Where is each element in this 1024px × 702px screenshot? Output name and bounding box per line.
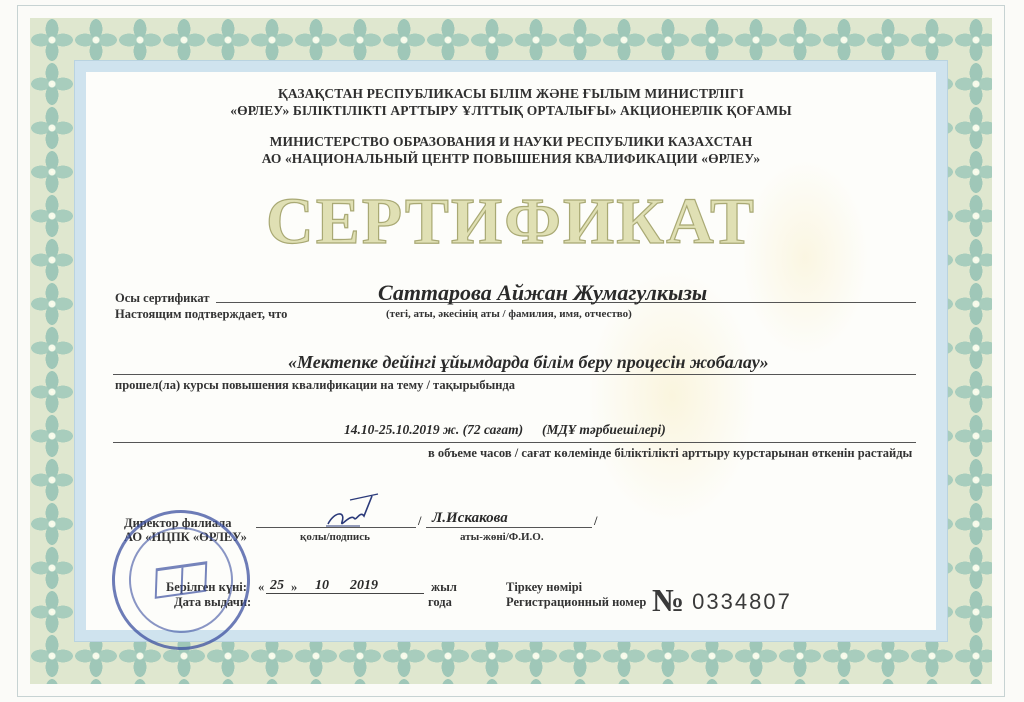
- signer-name-underline: [426, 527, 592, 528]
- header-kz-line1: ҚАЗАҚСТАН РЕСПУБЛИКАСЫ БІЛІМ ЖӘНЕ ҒЫЛЫМ …: [86, 85, 936, 102]
- duration-underline: [113, 442, 916, 443]
- issue-day: 25: [270, 578, 284, 594]
- registration-number: №0334807: [652, 582, 792, 619]
- header-kz-line2: «ӨРЛЕУ» БІЛІКТІЛІКТІ АРТТЫРУ ҰЛТТЫҚ ОРТА…: [86, 102, 936, 119]
- recipient-hint: (тегі, аты, әкесінің аты / фамилия, имя,…: [386, 308, 632, 320]
- certificate: ҚАЗАҚСТАН РЕСПУБЛИКАСЫ БІЛІМ ЖӘНЕ ҒЫЛЫМ …: [0, 0, 1024, 702]
- header-ru-line1: МИНИСТЕРСТВО ОБРАЗОВАНИЯ И НАУКИ РЕСПУБЛ…: [86, 133, 936, 150]
- header-kz: ҚАЗАҚСТАН РЕСПУБЛИКАСЫ БІЛІМ ЖӘНЕ ҒЫЛЫМ …: [86, 85, 936, 119]
- handwritten-signature: [320, 488, 390, 538]
- issue-month: 10: [315, 578, 329, 594]
- open-book-icon: [155, 561, 208, 599]
- recipient-label-ru: Настоящим подтверждает, что: [115, 307, 287, 322]
- certificate-title: СЕРТИФИКАТ: [86, 184, 936, 260]
- course-topic: «Мектепке дейінгі ұйымдарда білім беру п…: [288, 352, 769, 373]
- year-label-ru: года: [428, 595, 452, 610]
- registration-label-ru: Регистрационный номер: [506, 595, 646, 610]
- signer-name-caption: аты-жөні/Ф.И.О.: [460, 531, 544, 543]
- header-ru: МИНИСТЕРСТВО ОБРАЗОВАНИЯ И НАУКИ РЕСПУБЛ…: [86, 133, 936, 167]
- issue-date-underline: [266, 593, 424, 594]
- recipient-label-kz: Осы сертификат: [115, 291, 209, 306]
- issue-open-quote: «: [258, 580, 264, 595]
- course-underline: [113, 374, 916, 375]
- number-sign: №: [652, 582, 684, 618]
- course-caption: прошел(ла) курсы повышения квалификации …: [115, 378, 515, 393]
- registration-label-kz: Тіркеу нөмірі: [506, 580, 582, 595]
- signer-name: Л.Искакова: [432, 510, 508, 527]
- slash-right: /: [594, 514, 597, 529]
- header-ru-line2: АО «НАЦИОНАЛЬНЫЙ ЦЕНТР ПОВЫШЕНИЯ КВАЛИФИ…: [86, 150, 936, 167]
- issue-year: 2019: [350, 578, 378, 594]
- registration-number-value: 0334807: [692, 589, 792, 614]
- duration-caption: в объеме часов / сағат көлемінде білікті…: [428, 446, 912, 461]
- slash-left: /: [418, 514, 421, 529]
- course-audience: (МДҰ тәрбиешілері): [542, 422, 666, 438]
- recipient-name: Саттарова Айжан Жумагулкызы: [378, 280, 707, 306]
- course-dates: 14.10-25.10.2019 ж. (72 сағат): [344, 422, 523, 438]
- year-label-kz: жыл: [431, 580, 457, 595]
